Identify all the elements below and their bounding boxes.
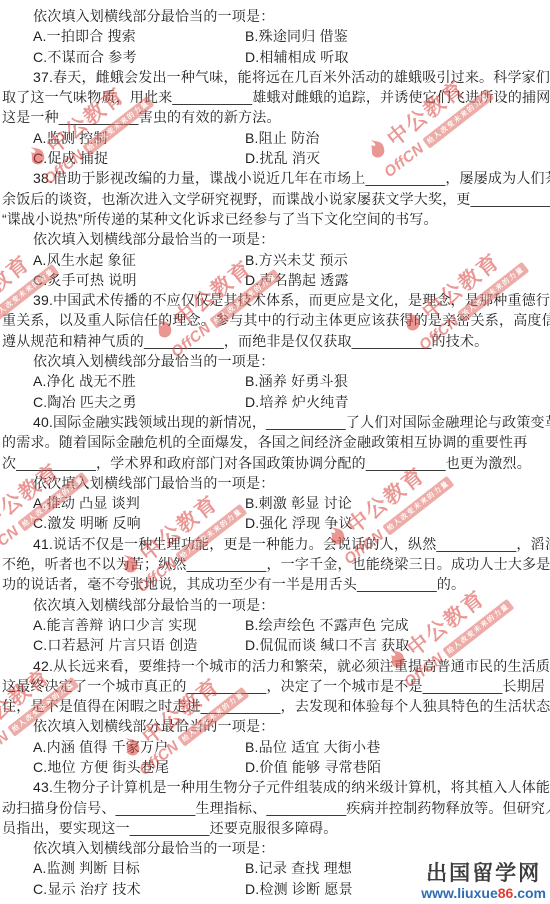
question-40-line: 次__________，学术界和政府部门对各国政策协调分配的__________… — [2, 453, 548, 473]
option-row: A.内涵 值得 千家万户B.品位 适宜 大街小巷 — [2, 737, 548, 757]
option-row: A.监测 控制B.阻止 防治 — [2, 128, 548, 148]
option-c: C.地位 方便 街头巷尾 — [33, 757, 245, 777]
question-42-line: 42.从长远来看，要维持一个城市的活力和繁荣，就必须注重提高普通市民的生活质量， — [2, 656, 548, 676]
site-name: 出国留学网 — [421, 862, 546, 886]
option-a: A.风生水起 象征 — [33, 250, 245, 270]
prompt-line: 依次填入划横线部分最恰当的一项是： — [2, 595, 548, 615]
question-40-line: 40.国际金融实践领域出现的新情况，__________了人们对国际金融理论与政… — [2, 412, 548, 432]
site-url-number: 86 — [498, 885, 514, 901]
option-d: D.检测 诊断 愿景 — [245, 879, 353, 899]
prompt-line: 依次填入划横线部门最恰当的一项是： — [2, 473, 548, 493]
question-43-line: 43.生物分子计算机是一种用生物分子元件组装成的纳米级计算机，将其植入人体能自 — [2, 777, 548, 797]
option-a: A.净化 战无不胜 — [33, 371, 245, 391]
prompt-line: 依次填入划横线部分最恰当的一项是： — [2, 6, 548, 26]
option-b: B.绘声绘色 不露声色 完成 — [245, 615, 409, 635]
option-d: D.侃侃而谈 缄口不言 获取 — [245, 635, 410, 655]
option-d: D.声名鹊起 透露 — [245, 270, 349, 290]
option-b: B.记录 查找 理想 — [245, 858, 352, 878]
option-row: A.风生水起 象征B.方兴未艾 预示 — [2, 250, 548, 270]
option-a: A.一拍即合 搜索 — [33, 26, 245, 46]
option-d: D.相辅相成 听取 — [245, 47, 349, 67]
prompt-line: 依次填入划横线部分最恰当的一项是： — [2, 351, 548, 371]
question-39-line: 遵从规范和精神气质的__________，而绝非是仅仅获取__________的… — [2, 331, 548, 351]
option-row: C.口若悬河 片言只语 创造D.侃侃而谈 缄口不言 获取 — [2, 635, 548, 655]
option-a: A.内涵 值得 千家万户 — [33, 737, 245, 757]
option-row: C.炙手可热 说明D.声名鹊起 透露 — [2, 270, 548, 290]
option-row: C.陶冶 匹夫之勇D.培养 炉火纯青 — [2, 392, 548, 412]
option-a: A.监测 判断 目标 — [33, 858, 245, 878]
option-b: B.阻止 防治 — [245, 128, 320, 148]
prompt-line: 依次填入划横线部分最恰当的一项是： — [2, 716, 548, 736]
site-url-suffix: .com — [513, 885, 546, 901]
question-38-line: 余饭后的谈资，也渐次进入文学研究视野，而谍战小说家屡获文学大奖，更_______… — [2, 189, 548, 209]
question-42-line: 这最终决定了一个城市真正的__________，决定了一个城市是不是______… — [2, 676, 548, 696]
question-43-line: 动扫描身份信号、__________生理指标、__________疾病并控制药物… — [2, 798, 548, 818]
option-b: B.品位 适宜 大街小巷 — [245, 737, 380, 757]
question-37-line: 取了这一气味物质，用此来__________雄蛾对雌蛾的追踪，并诱使它们飞进所设… — [2, 87, 548, 107]
question-43-line: 员指出，要实现这一__________还要克服很多障碍。 — [2, 818, 548, 838]
liuxue86-logo: 出国留学网 www.liuxue86.com — [415, 862, 546, 901]
option-c: C.口若悬河 片言只语 创造 — [33, 635, 245, 655]
option-c: C.激发 明晰 反响 — [33, 513, 245, 533]
option-row: C.促成 捕捉D.扰乱 消灭 — [2, 148, 548, 168]
option-d: D.培养 炉火纯青 — [245, 392, 349, 412]
option-d: D.价值 能够 寻常巷陌 — [245, 757, 381, 777]
question-37-line: 这是一种__________害虫的有效的新方法。 — [2, 107, 548, 127]
question-37-line: 37.春天，雌蛾会发出一种气味，能将远在几百米外活动的雄蛾吸引过来。科学家们析 — [2, 67, 548, 87]
option-row: A.一拍即合 搜索B.殊途同归 借鉴 — [2, 26, 548, 46]
site-url-prefix: www.liuxue — [421, 885, 498, 901]
option-c: C.不谋而合 参考 — [33, 47, 245, 67]
prompt-line: 依次填入划横线部分最恰当的一项是： — [2, 838, 548, 858]
option-row: C.激发 明晰 反响D.强化 浮现 争议 — [2, 513, 548, 533]
option-row: A.能言善辩 讷口少言 实现B.绘声绘色 不露声色 完成 — [2, 615, 548, 635]
option-c: C.陶冶 匹夫之勇 — [33, 392, 245, 412]
question-41-line: 功的说话者，毫不夸张地说，其成功至少有一半是用舌头__________的。 — [2, 574, 548, 594]
question-41-line: 不绝，听者也不以为苦；纵然__________，一字千金，也能绕梁三日。成功人士… — [2, 554, 548, 574]
option-c: C.炙手可热 说明 — [33, 270, 245, 290]
option-c: C.显示 治疗 技术 — [33, 879, 245, 899]
option-c: C.促成 捕捉 — [33, 148, 245, 168]
option-row: C.不谋而合 参考D.相辅相成 听取 — [2, 47, 548, 67]
option-a: A.推动 凸显 谈判 — [33, 493, 245, 513]
option-a: A.监测 控制 — [33, 128, 245, 148]
option-row: A.推动 凸显 谈判B.刺激 彰显 讨论 — [2, 493, 548, 513]
option-row: C.地位 方便 街头巷尾D.价值 能够 寻常巷陌 — [2, 757, 548, 777]
question-39-line: 重关系，以及重人际信任的理念。参与其中的行动主体更应该获得的是亲密关系，高度信任… — [2, 310, 548, 330]
option-b: B.殊途同归 借鉴 — [245, 26, 348, 46]
option-a: A.能言善辩 讷口少言 实现 — [33, 615, 245, 635]
option-b: B.涵养 好勇斗狠 — [245, 371, 348, 391]
site-url: www.liuxue86.com — [421, 886, 546, 901]
prompt-line: 依次填入划横线部分最恰当的一项是： — [2, 229, 548, 249]
question-41-line: 41.说话不仅是一种生理功能，更是一种能力。会说话的人，纵然__________… — [2, 534, 548, 554]
question-39-line: 39.中国武术传播的不应仅仅是其技术体系，而更应是文化，是理念，是那种重德行、 — [2, 290, 548, 310]
option-row: A.净化 战无不胜B.涵养 好勇斗狠 — [2, 371, 548, 391]
option-d: D.扰乱 消灭 — [245, 148, 320, 168]
question-40-line: 的需求。随着国际金融危机的全面爆发，各国之间经济金融政策相互协调的重要性再 — [2, 432, 548, 452]
option-b: B.方兴未艾 预示 — [245, 250, 348, 270]
exam-page: 依次填入划横线部分最恰当的一项是： A.一拍即合 搜索B.殊途同归 借鉴 C.不… — [2, 6, 548, 899]
question-38-line: 38.借助于影视改编的力量，谍战小说近几年在市场上__________，屡屡成为… — [2, 168, 548, 188]
option-b: B.刺激 彰显 讨论 — [245, 493, 352, 513]
question-42-line: 住，是不是值得在闲暇之时走进__________，去发现和体验每个人独具特色的生… — [2, 696, 548, 716]
question-38-line: “谍战小说热”所传递的某种文化诉求已经参与了当下文化空间的书写。 — [2, 209, 548, 229]
option-d: D.强化 浮现 争议 — [245, 513, 353, 533]
